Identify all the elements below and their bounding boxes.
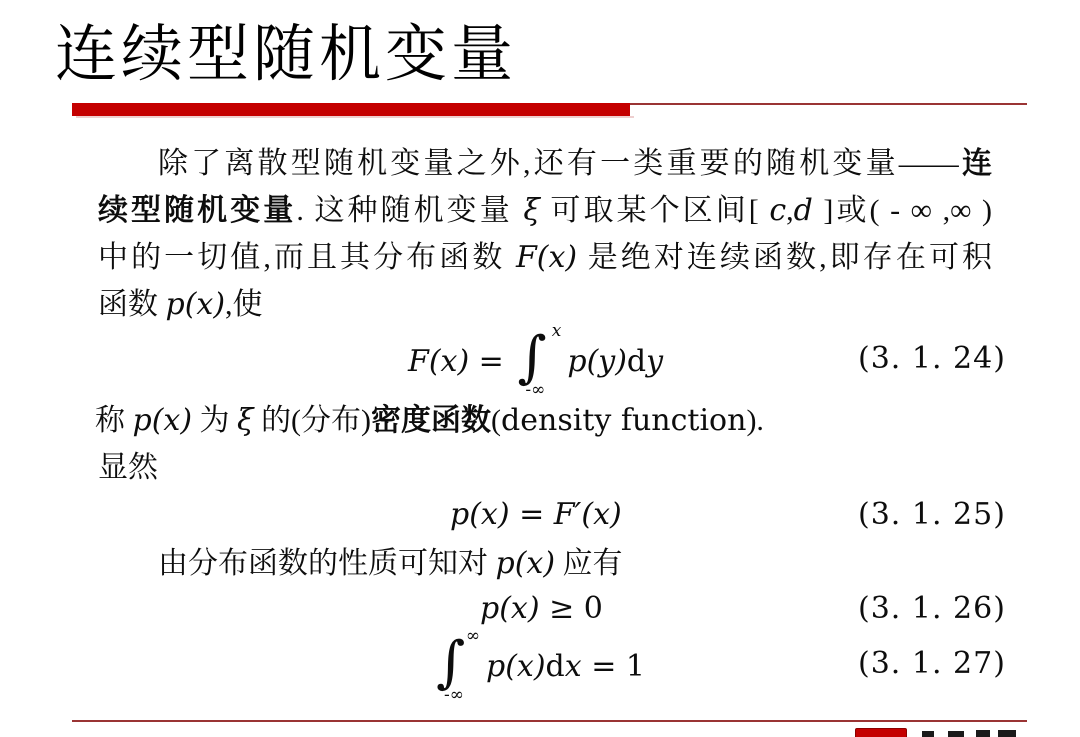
title-accent-bar-shadow <box>76 116 634 118</box>
equation-number-3-1-26: (3. 1. 26) <box>858 591 1006 627</box>
integral-symbol: ∫∞-∞ <box>432 636 476 694</box>
footer-clipped-glyph <box>948 731 964 737</box>
title-rule-line <box>630 103 1027 105</box>
title-accent-bar <box>72 103 630 116</box>
paragraph-property: 由分布函数的性质可知对 p(x) 应有 <box>158 546 623 582</box>
integral-symbol: ∫x-∞ <box>513 331 557 389</box>
footer-rule-line <box>72 720 1027 722</box>
equation-number-3-1-25: (3. 1. 25) <box>858 497 1006 533</box>
footer-clipped-glyph <box>976 730 990 737</box>
slide: 连续型随机变量 除了离散型随机变量之外,还有一类重要的随机变量——连 续型随机变… <box>0 0 1080 737</box>
equation-3-1-24: F(x) = ∫x-∞p(y)dy <box>408 331 663 391</box>
page-title: 连续型随机变量 <box>55 20 517 90</box>
equation-number-3-1-27: (3. 1. 27) <box>858 646 1006 682</box>
paragraph-density-function: 称 p(x) 为 ξ 的(分布)密度函数(density function). <box>95 403 764 439</box>
equation-3-1-26: p(x) ≥ 0 <box>480 591 603 627</box>
equation-3-1-25: p(x) = F′(x) <box>450 497 622 533</box>
footer-clipped-glyph <box>922 731 934 737</box>
paragraph-line-1: 除了离散型随机变量之外,还有一类重要的随机变量——连 <box>158 146 992 182</box>
equation-3-1-27: ∫∞-∞p(x)dx = 1 <box>432 636 645 696</box>
paragraph-line-2: 续型随机变量. 这种随机变量 ξ 可取某个区间[ c,d ]或( - ∞ ,∞ … <box>98 193 992 229</box>
paragraph-line-3: 中的一切值,而且其分布函数 F(x) 是绝对连续函数,即存在可积 <box>98 240 992 276</box>
paragraph-obviously: 显然 <box>98 450 158 486</box>
equation-number-3-1-24: (3. 1. 24) <box>858 341 1006 377</box>
footer-clipped-text <box>918 729 1028 737</box>
footer-logo-red-block <box>855 728 907 737</box>
footer-clipped-glyph <box>998 730 1016 737</box>
paragraph-line-4: 函数 p(x),使 <box>98 287 263 323</box>
